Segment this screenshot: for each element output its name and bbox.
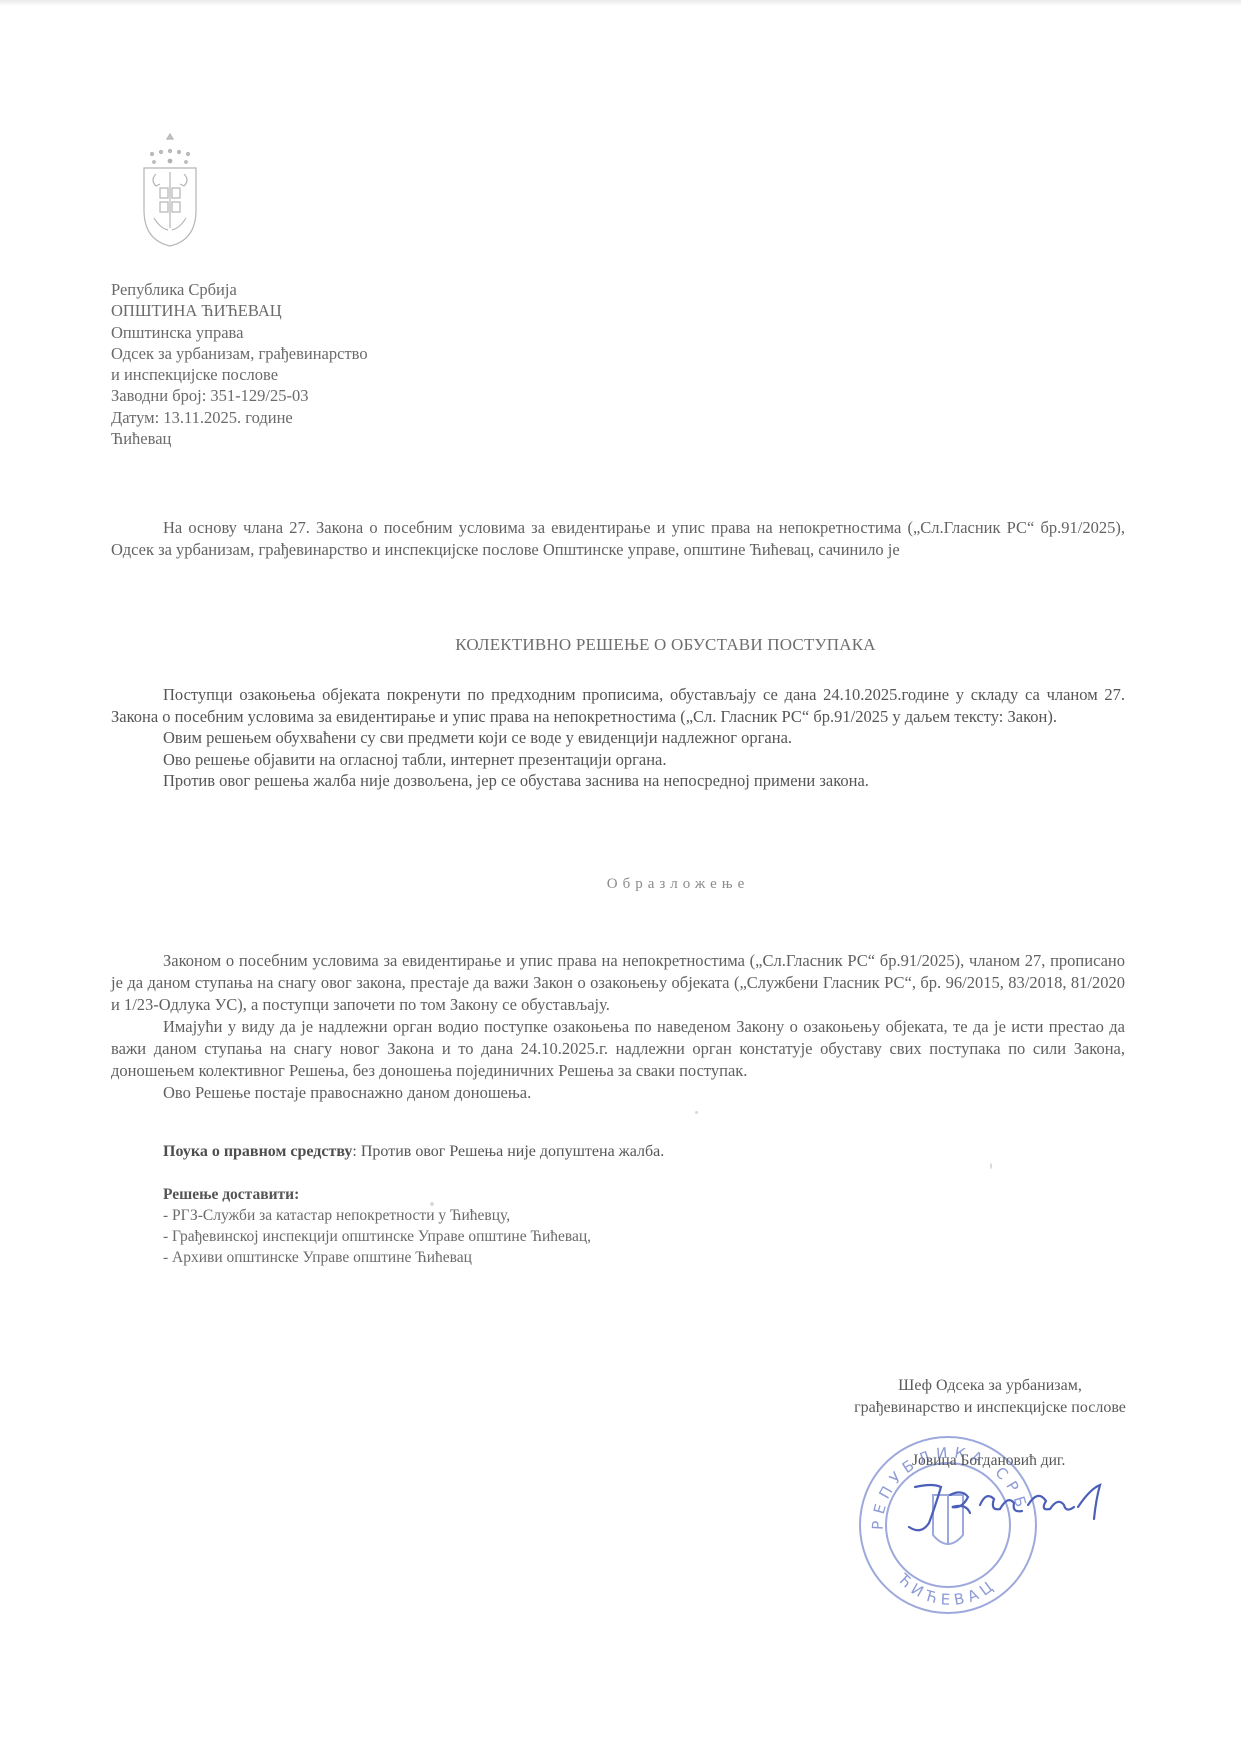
explanation-paragraph: Имајући у виду да је надлежни орган води… xyxy=(111,1016,1125,1082)
header-date: Датум: 13.11.2025. године xyxy=(111,407,368,428)
decision-line: Ово решење објавити на огласној табли, и… xyxy=(111,749,1125,771)
scan-speck xyxy=(695,1111,698,1114)
letterhead: Република Србија ОПШТИНА ЋИЋЕВАЦ Општинс… xyxy=(111,279,368,449)
delivery-heading: Решење доставити: xyxy=(163,1184,591,1205)
delivery-list: Решење доставити: - РГЗ-Служби за катаст… xyxy=(163,1184,591,1268)
explanation-paragraph: Ово Решење постаје правоснажно даном дон… xyxy=(111,1082,1125,1104)
explanation-section: Законом о посебним условима за евидентир… xyxy=(111,950,1125,1104)
decision-line: Овим решењем обухваћени су сви предмети … xyxy=(111,727,1125,749)
signature-title: Шеф Одсека за урбанизам, грађевинарство … xyxy=(820,1375,1160,1419)
header-place: Ћићевац xyxy=(111,428,368,449)
header-country: Република Србија xyxy=(111,279,368,300)
header-department: Одсек за урбанизам, грађевинарство xyxy=(111,343,368,364)
intro-paragraph: На основу члана 27. Закона о посебним ус… xyxy=(111,517,1125,560)
scan-speck xyxy=(990,1163,992,1169)
legal-remedy-text: : Против овог Решења није допуштена жалб… xyxy=(352,1143,664,1160)
legal-remedy: Поука о правном средству: Против овог Ре… xyxy=(163,1143,664,1161)
signature-title-line2: грађевинарство и инспекцијске послове xyxy=(820,1397,1160,1419)
decision-paragraph: Поступци озакоњења објеката покренути по… xyxy=(111,684,1125,727)
handwritten-signature-icon xyxy=(900,1475,1140,1545)
signer-name: Јовица Богдановић диг. xyxy=(912,1452,1065,1470)
delivery-recipient: - РГЗ-Служби за катастар непокретности у… xyxy=(163,1205,591,1226)
header-department-cont: и инспекцијске послове xyxy=(111,364,368,385)
decision-section: Поступци озакоњења објеката покренути по… xyxy=(111,684,1125,792)
delivery-recipient: - Архиви општинске Управе општине Ћићева… xyxy=(163,1247,591,1268)
header-municipality: ОПШТИНА ЋИЋЕВАЦ xyxy=(111,300,368,321)
legal-remedy-label: Поука о правном средству xyxy=(163,1143,352,1160)
header-reference-number: Заводни број: 351-129/25-03 xyxy=(111,385,368,406)
header-administration: Општинска управа xyxy=(111,322,368,343)
signature-title-line1: Шеф Одсека за урбанизам, xyxy=(820,1375,1160,1397)
explanation-title: Образложење xyxy=(0,876,1241,893)
scan-speck xyxy=(430,1202,434,1206)
document-page: Република Србија ОПШТИНА ЋИЋЕВАЦ Општинс… xyxy=(0,0,1241,1754)
decision-line: Против овог решења жалба није дозвољена,… xyxy=(111,770,1125,792)
document-title: КОЛЕКТИВНО РЕШЕЊЕ О ОБУСТАВИ ПОСТУПАКА xyxy=(0,635,1241,655)
explanation-paragraph: Законом о посебним условима за евидентир… xyxy=(111,950,1125,1016)
delivery-recipient: - Грађевинској инспекцији општинске Упра… xyxy=(163,1226,591,1247)
scan-edge xyxy=(0,0,1241,6)
coat-of-arms-icon xyxy=(142,132,198,248)
